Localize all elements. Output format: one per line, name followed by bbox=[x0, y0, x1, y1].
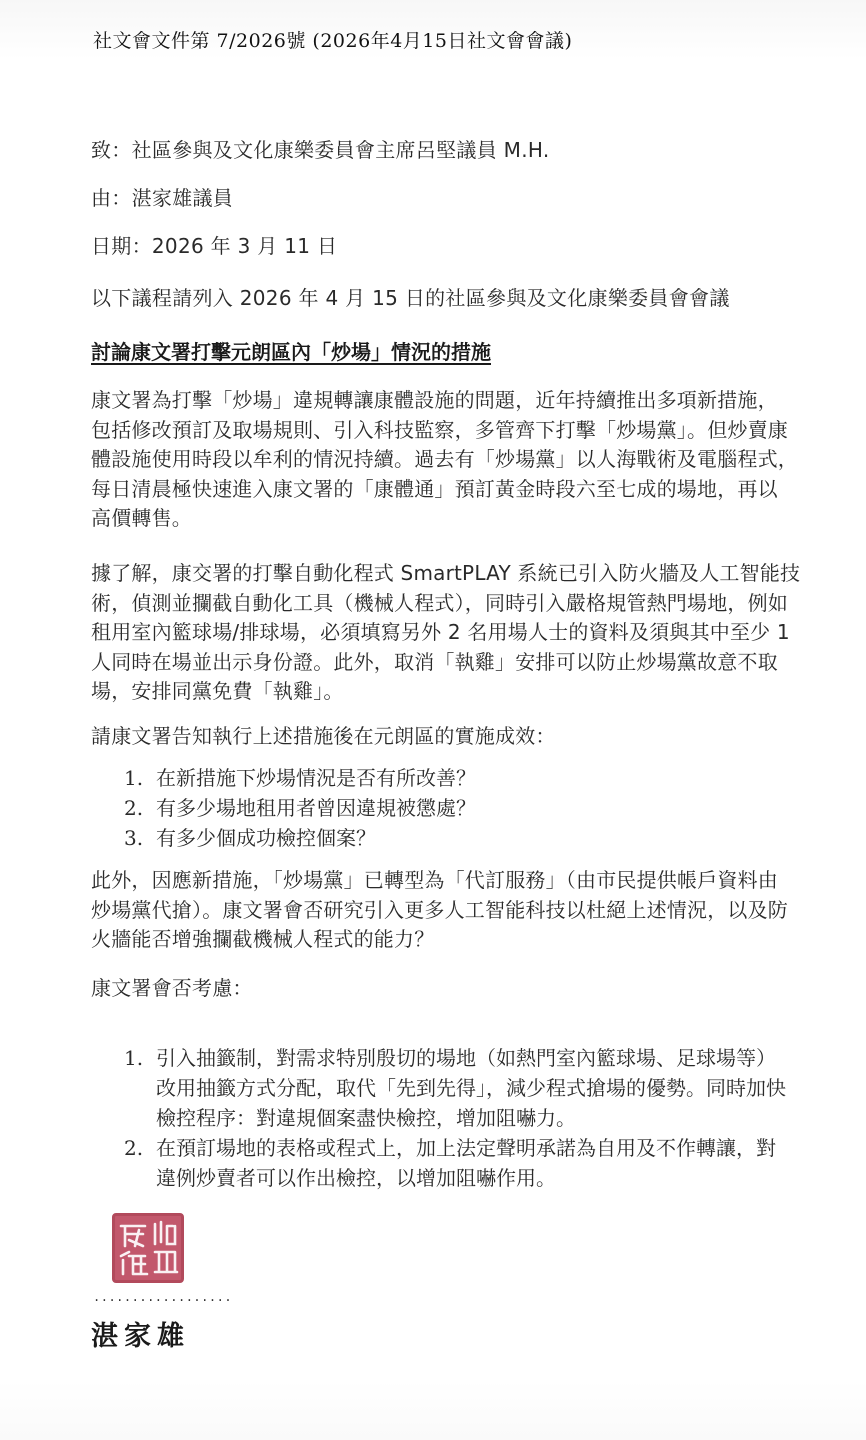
question-text: 有多少場地租用者曾因違規被懲處？ bbox=[156, 793, 476, 823]
paragraph-line: 炒場黨代搶）。康文署會否研究引入更多人工智能科技以杜絕上述情況，以及防 bbox=[91, 896, 851, 926]
paragraph-line: 術，偵測並攔截自動化工具（機械人程式），同時引入嚴格規管熱門場地，例如 bbox=[91, 589, 851, 619]
paragraph-line: 體設施使用時段以牟利的情況持續。過去有「炒場黨」以人海戰術及電腦程式， bbox=[91, 445, 851, 475]
proposal-text: 在預訂場地的表格或程式上，加上法定聲明承諾為自用及不作轉讓，對 違例炒賣者可以作… bbox=[156, 1133, 776, 1193]
signature-name: 湛家雄 bbox=[91, 1314, 190, 1353]
agenda-title: 討論康文署打擊元朗區內「炒場」情況的措施 bbox=[91, 336, 491, 365]
question-text: 有多少個成功檢控個案？ bbox=[156, 823, 376, 853]
proposals-list: 1. 引入抽籤制，對需求特別殷切的場地（如熱門室內籃球場、足球場等） 改用抽籤方… bbox=[124, 1043, 786, 1193]
question-item: 2. 有多少場地租用者曾因違規被懲處？ bbox=[124, 793, 476, 823]
question-number: 2. bbox=[124, 793, 156, 823]
document-page: 社文會文件第 7/2026號 (2026年4月15日社文會會議) 致：社區參與及… bbox=[0, 0, 866, 1440]
proposal-line: 改用抽籤方式分配，取代「先到先得」，減少程式搶場的優勢。同時加快 bbox=[156, 1073, 786, 1103]
seal-glyphs-icon bbox=[115, 1216, 181, 1280]
paragraph-line: 康文署為打擊「炒場」違規轉讓康體設施的問題，近年持續推出多項新措施， bbox=[91, 386, 851, 416]
proposal-item: 1. 引入抽籤制，對需求特別殷切的場地（如熱門室內籃球場、足球場等） 改用抽籤方… bbox=[124, 1043, 786, 1133]
paragraph-line: 高價轉售。 bbox=[91, 504, 851, 534]
paragraph-line: 包括修改預訂及取場規則、引入科技監察，多管齊下打擊「炒場黨」。但炒賣康 bbox=[91, 416, 851, 446]
proposal-number: 2. bbox=[124, 1133, 156, 1193]
paragraph-smartplay: 據了解，康交署的打擊自動化程式 SmartPLAY 系統已引入防火牆及人工智能技… bbox=[91, 559, 851, 707]
red-seal-stamp-icon bbox=[112, 1213, 184, 1283]
paragraph-background: 康文署為打擊「炒場」違規轉讓康體設施的問題，近年持續推出多項新措施， 包括修改預… bbox=[91, 386, 851, 534]
question-text: 在新措施下炒場情況是否有所改善？ bbox=[156, 763, 476, 793]
paragraph-booking-service: 此外，因應新措施，「炒場黨」已轉型為「代訂服務」（由市民提供帳戶資料由 炒場黨代… bbox=[91, 866, 851, 955]
paragraph-line: 人同時在場並出示身份證。此外，取消「執雞」安排可以防止炒場黨故意不取 bbox=[91, 648, 851, 678]
document-reference-header: 社文會文件第 7/2026號 (2026年4月15日社文會會議) bbox=[93, 26, 572, 53]
question-number: 3. bbox=[124, 823, 156, 853]
questions-list: 1. 在新措施下炒場情況是否有所改善？ 2. 有多少場地租用者曾因違規被懲處？ … bbox=[124, 763, 476, 853]
signature-dotted-line: .................. bbox=[93, 1290, 232, 1304]
date-line: 日期：2026 年 3 月 11 日 bbox=[91, 230, 337, 259]
paragraph-consider: 康文署會否考慮： bbox=[91, 974, 851, 1004]
sender-line: 由：湛家雄議員 bbox=[91, 182, 233, 211]
proposal-line: 檢控程序：對違規個案盡快檢控，增加阻嚇力。 bbox=[156, 1103, 786, 1133]
paragraph-line: 請康文署告知執行上述措施後在元朗區的實施成效： bbox=[91, 722, 851, 752]
paragraph-line: 此外，因應新措施，「炒場黨」已轉型為「代訂服務」（由市民提供帳戶資料由 bbox=[91, 866, 851, 896]
paragraph-line: 場，安排同黨免費「執雞」。 bbox=[91, 677, 851, 707]
proposal-line: 引入抽籤制，對需求特別殷切的場地（如熱門室內籃球場、足球場等） bbox=[156, 1043, 786, 1073]
paragraph-line: 每日清晨極快速進入康文署的「康體通」預訂黃金時段六至七成的場地，再以 bbox=[91, 475, 851, 505]
question-item: 1. 在新措施下炒場情況是否有所改善？ bbox=[124, 763, 476, 793]
proposal-number: 1. bbox=[124, 1043, 156, 1133]
paragraph-line: 火牆能否增強攔截機械人程式的能力？ bbox=[91, 925, 851, 955]
proposal-text: 引入抽籤制，對需求特別殷切的場地（如熱門室內籃球場、足球場等） 改用抽籤方式分配… bbox=[156, 1043, 786, 1133]
paragraph-line: 康文署會否考慮： bbox=[91, 974, 851, 1004]
question-item: 3. 有多少個成功檢控個案？ bbox=[124, 823, 476, 853]
paragraph-line: 據了解，康交署的打擊自動化程式 SmartPLAY 系統已引入防火牆及人工智能技 bbox=[91, 559, 851, 589]
recipient-line: 致：社區參與及文化康樂委員會主席呂堅議員 M.H. bbox=[91, 134, 550, 163]
paragraph-request-effectiveness: 請康文署告知執行上述措施後在元朗區的實施成效： bbox=[91, 722, 851, 752]
proposal-line: 違例炒賣者可以作出檢控，以增加阻嚇作用。 bbox=[156, 1163, 776, 1193]
proposal-item: 2. 在預訂場地的表格或程式上，加上法定聲明承諾為自用及不作轉讓，對 違例炒賣者… bbox=[124, 1133, 786, 1193]
paragraph-line: 租用室內籃球場/排球場，必須填寫另外 2 名用場人士的資料及須與其中至少 1 bbox=[91, 618, 851, 648]
question-number: 1. bbox=[124, 763, 156, 793]
proposal-line: 在預訂場地的表格或程式上，加上法定聲明承諾為自用及不作轉讓，對 bbox=[156, 1133, 776, 1163]
agenda-request-line: 以下議程請列入 2026 年 4 月 15 日的社區參與及文化康樂委員會會議 bbox=[91, 282, 730, 311]
